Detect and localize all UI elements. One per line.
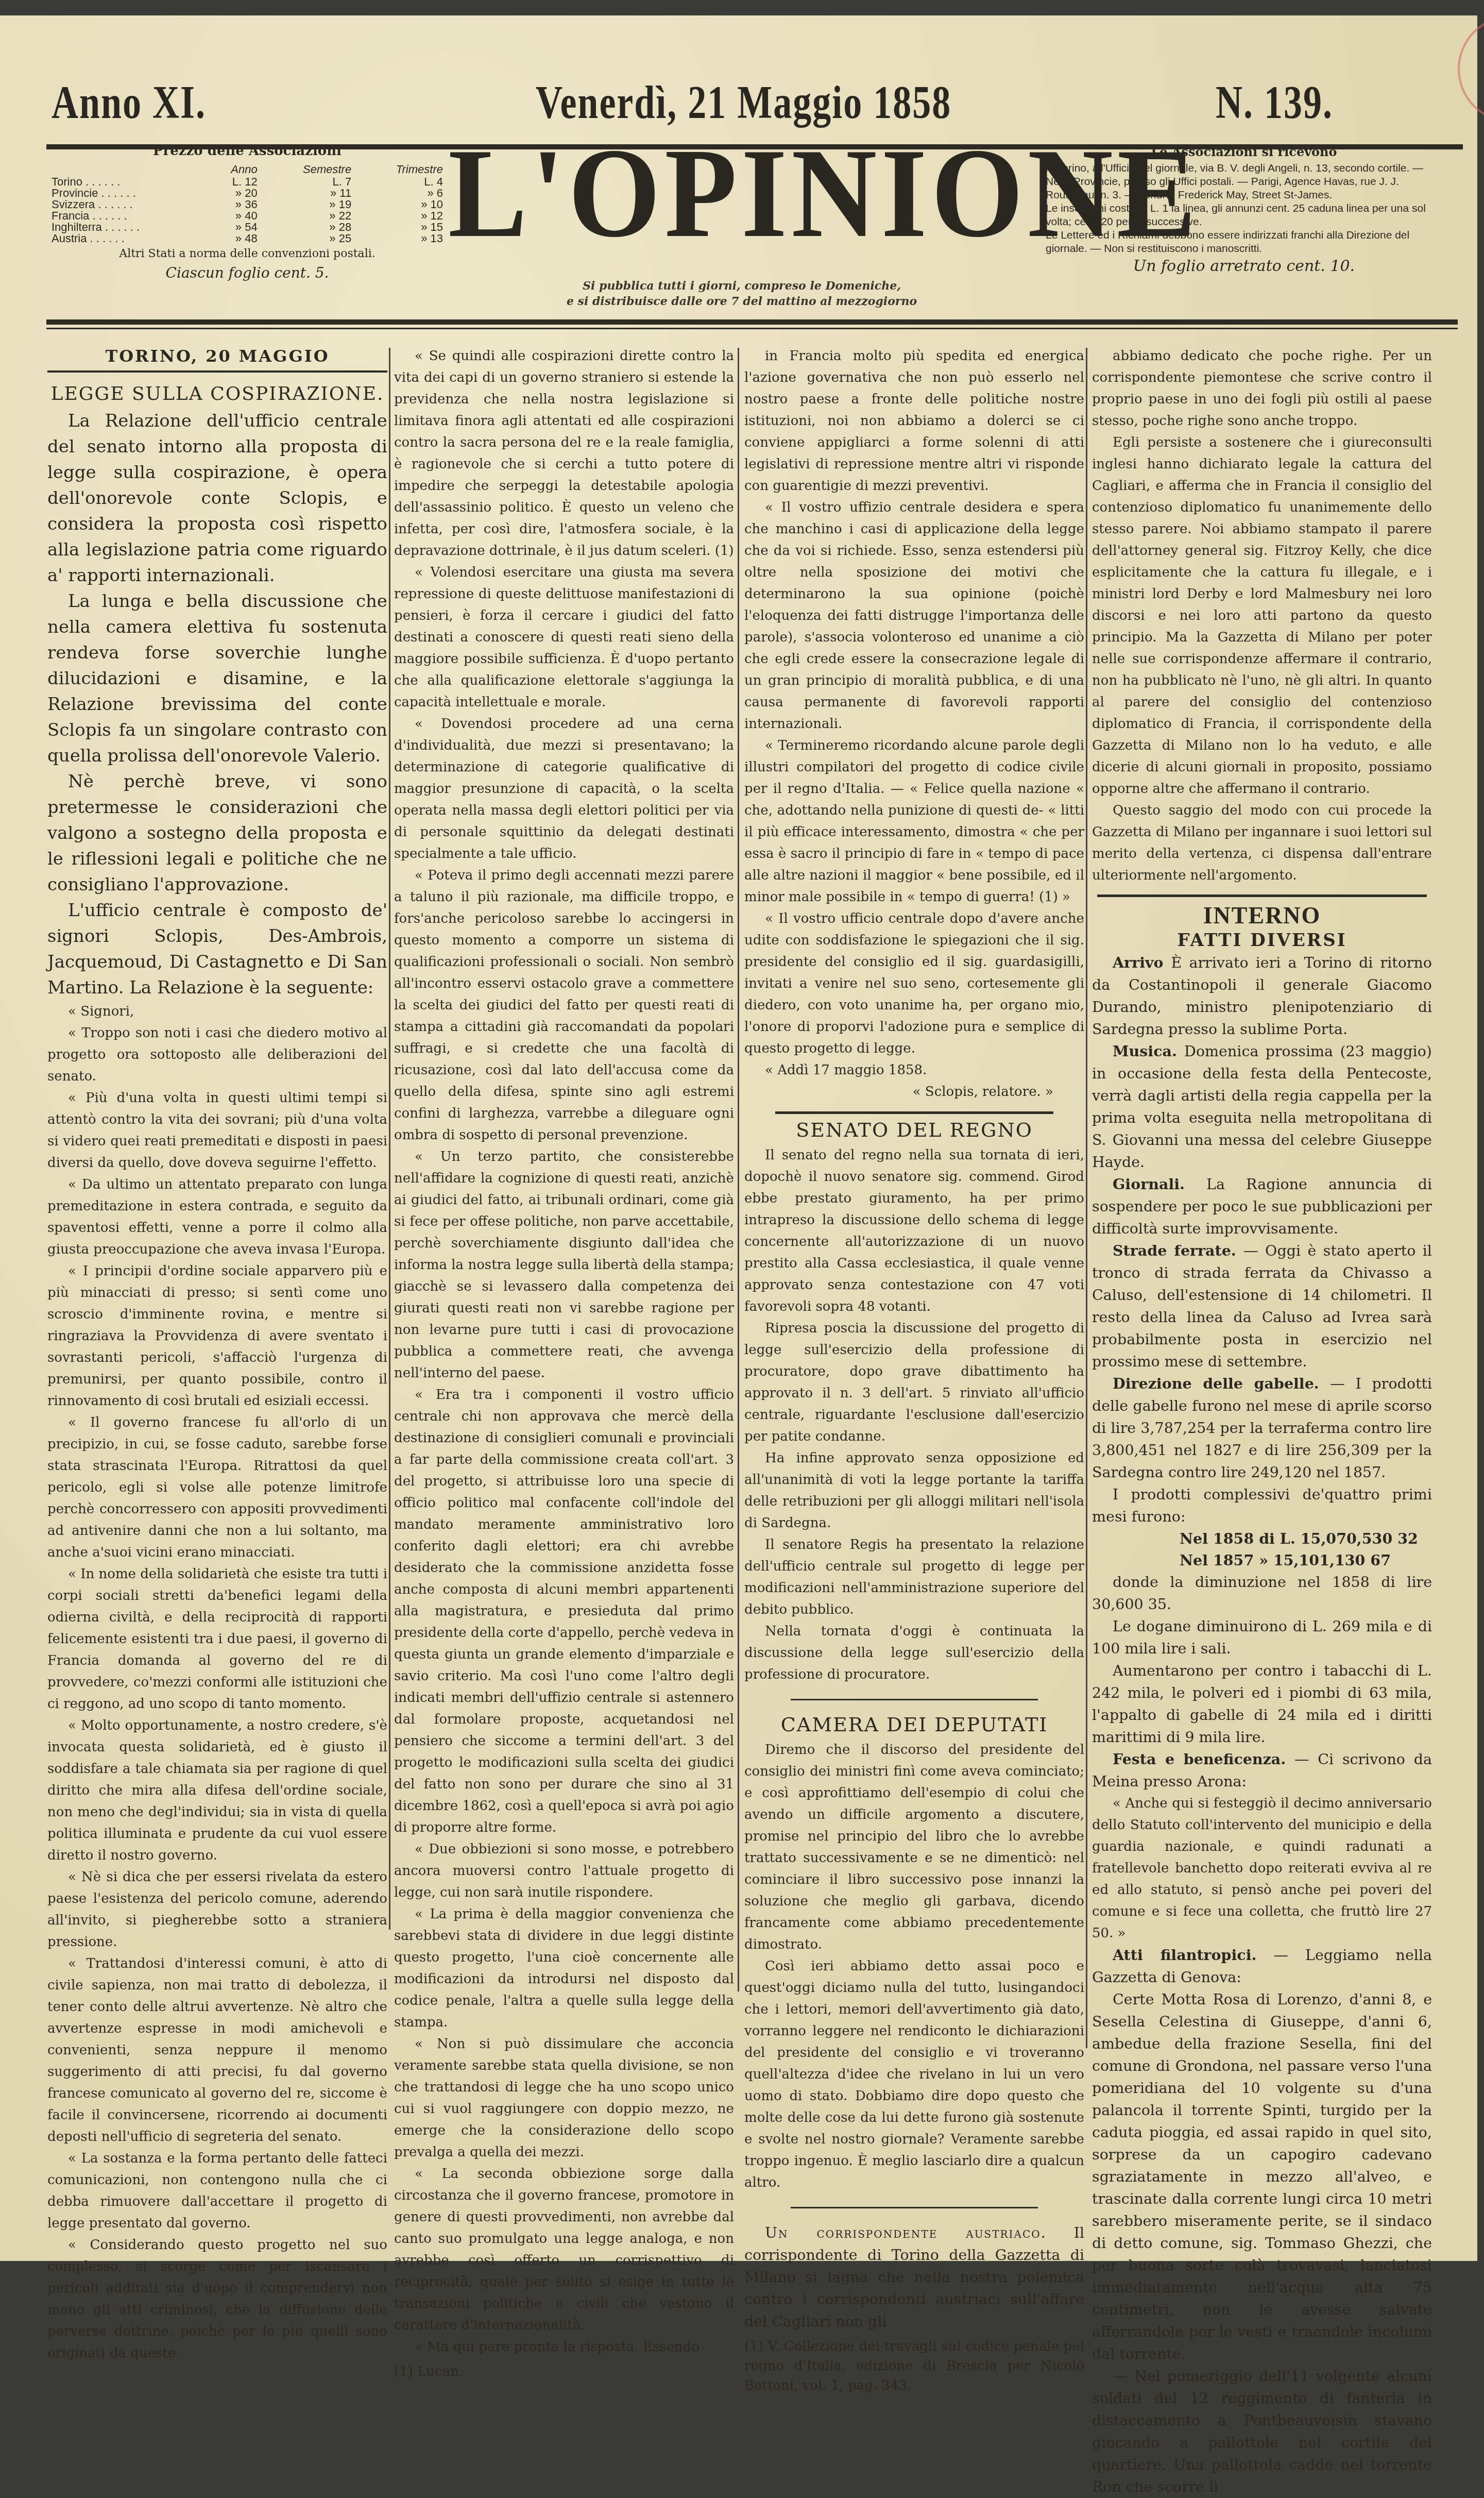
news-items: Arrivo È arrivato ieri a Torino di ritor… bbox=[1092, 952, 1432, 1483]
paragraph: « Addì 17 maggio 1858. bbox=[744, 1059, 1084, 1081]
report-text: « Signori,« Troppo son noti i casi che d… bbox=[47, 1001, 387, 2276]
paragraph: « Poteva il primo degli accennati mezzi … bbox=[394, 865, 734, 1146]
report-text-end: in Francia molto più spedita ed energica… bbox=[744, 345, 1084, 1081]
price-row: Torino . . . . . .L. 12L. 7L. 4 bbox=[46, 176, 448, 188]
paragraph: « Il vostro ufficio centrale dopo d'aver… bbox=[744, 908, 1084, 1059]
senato-article: Il senato del regno nella sua tornata di… bbox=[744, 1144, 1084, 1685]
paragraph: Ha infine approvato senza opposizione ed… bbox=[744, 1447, 1084, 1534]
news-item: Direzione delle gabelle. — I prodotti de… bbox=[1092, 1373, 1432, 1483]
paragraph: Le dogane diminuirono di L. 269 mila e d… bbox=[1092, 1615, 1432, 1660]
section-heading-camera: CAMERA DEI DEPUTATI bbox=[744, 1714, 1084, 1736]
paragraph: « Un terzo partito, che consisterebbe ne… bbox=[394, 1146, 734, 1384]
gabelle-details: donde la diminuzione nel 1858 di lire 30… bbox=[1092, 1571, 1432, 1748]
paragraph: « Molto opportunamente, a nostro credere… bbox=[47, 1715, 387, 1866]
masthead-rule-bottom bbox=[46, 319, 1458, 325]
single-copy-price: Ciascun foglio cent. 5. bbox=[46, 264, 448, 281]
report-text-continued: « Se quindi alle cospirazioni dirette co… bbox=[394, 345, 734, 2276]
column-1: TORINO, 20 MAGGIO LEGGE SULLA COSPIRAZIO… bbox=[47, 345, 387, 2276]
publication-schedule: Si pubblica tutti i giorni, compreso le … bbox=[448, 278, 1035, 309]
separator bbox=[791, 2207, 1038, 2208]
paragraph: La Relazione dell'ufficio centrale del s… bbox=[47, 408, 387, 588]
paragraph: « In nome della solidarietà che esiste t… bbox=[47, 1563, 387, 1715]
correspondent-article: Un corrispondente austriaco. Il corrispo… bbox=[744, 2222, 1084, 2276]
price-row: Svizzera . . . . . .» 36» 19» 10 bbox=[46, 199, 448, 210]
paragraph: « Troppo son noti i casi che diedero mot… bbox=[47, 1022, 387, 1087]
paragraph: « Due obbiezioni si sono mosse, e potreb… bbox=[394, 1838, 734, 1903]
paragraph: « Dovendosi procedere ad una cerna d'ind… bbox=[394, 713, 734, 865]
paragraph: « La sostanza e la forma pertanto delle … bbox=[47, 2148, 387, 2234]
news-item: Atti filantropici. — Leggiamo nella Gazz… bbox=[1092, 1944, 1432, 1988]
paragraph: abbiamo dedicato che poche righe. Per un… bbox=[1092, 345, 1432, 432]
paragraph: Diremo che il discorso del presidente de… bbox=[744, 1739, 1084, 1955]
figure-row: Nel 1857 » 15,101,130 67 bbox=[1180, 1549, 1432, 1571]
separator bbox=[791, 1699, 1038, 1700]
column-4: abbiamo dedicato che poche righe. Per un… bbox=[1092, 345, 1432, 2276]
volume-label: Anno XI. bbox=[52, 76, 206, 130]
section-heading-senato: SENATO DEL REGNO bbox=[744, 1119, 1084, 1141]
paragraph: Nè perchè breve, vi sono pretermesse le … bbox=[47, 769, 387, 898]
paragraph: « La prima è della maggior convenienza c… bbox=[394, 1903, 734, 2033]
column-divider bbox=[389, 348, 390, 1930]
paragraph: « Termineremo ricordando alcune parole d… bbox=[744, 735, 1084, 908]
column-2: « Se quindi alle cospirazioni dirette co… bbox=[394, 345, 734, 2276]
camera-article: Diremo che il discorso del presidente de… bbox=[744, 1739, 1084, 2193]
gabelle-intro: I prodotti complessivi de'quattro primi … bbox=[1092, 1483, 1432, 1528]
article-intro: La Relazione dell'ufficio centrale del s… bbox=[47, 408, 387, 1001]
issue-number: N. 139. bbox=[1216, 76, 1333, 130]
news-item: Musica. Domenica prossima (23 maggio) in… bbox=[1092, 1040, 1432, 1173]
column-divider bbox=[1086, 348, 1087, 2048]
article-headline: LEGGE SULLA COSPIRAZIONE. bbox=[47, 383, 387, 405]
paragraph: « Trattandosi d'interessi comuni, è atto… bbox=[47, 1953, 387, 2148]
paragraph: L'ufficio centrale è composto de' signor… bbox=[47, 898, 387, 1001]
price-row: Provincie . . . . . .» 20» 11» 6 bbox=[46, 188, 448, 199]
subscription-info: Le Associazioni si ricevono in Torino, a… bbox=[1046, 145, 1442, 273]
paragraph: Nella tornata d'oggi è continuata la dis… bbox=[744, 1621, 1084, 1685]
price-row: Austria . . . . . .» 48» 25» 13 bbox=[46, 233, 448, 244]
paragraph: « Volendosi esercitare una giusta ma sev… bbox=[394, 562, 734, 713]
section-heading-interno: INTERNO bbox=[1092, 904, 1432, 926]
postal-stamp-icon bbox=[1458, 15, 1484, 123]
paragraph: Questo saggio del modo con cui procede l… bbox=[1092, 800, 1432, 886]
paragraph: « Nè si dica che per essersi rivelata da… bbox=[47, 1866, 387, 1953]
paragraph: in Francia molto più spedita ed energica… bbox=[744, 345, 1084, 497]
paragraph: « Non si può dissimulare che acconcia ve… bbox=[394, 2033, 734, 2163]
back-issue-price: Un foglio arretrato cent. 10. bbox=[1046, 260, 1442, 273]
price-table: Anno Semestre Trimestre Torino . . . . .… bbox=[46, 163, 448, 244]
column-divider bbox=[738, 348, 739, 1991]
news-item: Festa e beneficenza. — Ci scrivono da Me… bbox=[1092, 1748, 1432, 1793]
separator bbox=[775, 1111, 1053, 1114]
news-item: Giornali. La Ragione annuncia di sospend… bbox=[1092, 1173, 1432, 1240]
figure-row: Nel 1858 di L. 15,070,530 32 bbox=[1180, 1528, 1432, 1549]
news-text: Certe Motta Rosa di Lorenzo, d'anni 8, e… bbox=[1092, 1988, 1432, 2276]
paragraph: Il senato del regno nella sua tornata di… bbox=[744, 1144, 1084, 1318]
paragraph: Ripresa poscia la discussione del proget… bbox=[744, 1318, 1084, 1447]
masthead-rule-thin bbox=[46, 328, 1458, 329]
paragraph: « Il vostro uffizio centrale desidera e … bbox=[744, 497, 1084, 735]
price-row: Inghilterra . . . . . .» 54» 28» 15 bbox=[46, 222, 448, 233]
gabelle-figures: Nel 1858 di L. 15,070,530 32Nel 1857 » 1… bbox=[1092, 1528, 1432, 1571]
paragraph: La lunga e bella discussione che nella c… bbox=[47, 588, 387, 769]
price-row: Francia . . . . . .» 40» 22» 12 bbox=[46, 210, 448, 222]
news-quote: « Anche qui si festeggiò il decimo anniv… bbox=[1092, 1793, 1432, 1944]
newspaper-logo: L'OPINIONE bbox=[448, 143, 1035, 243]
separator bbox=[1097, 894, 1427, 897]
column-3: in Francia molto più spedita ed energica… bbox=[744, 345, 1084, 2276]
subscription-prices: Prezzo delle Associazioni Anno Semestre … bbox=[46, 143, 448, 281]
dateline: TORINO, 20 MAGGIO bbox=[47, 345, 387, 373]
paragraph: Aumentarono per contro i tabacchi di L. … bbox=[1092, 1660, 1432, 1748]
paragraph: « La seconda obbiezione sorge dalla circ… bbox=[394, 2163, 734, 2276]
newspaper-page: Anno XI. Venerdì, 21 Maggio 1858 N. 139.… bbox=[0, 15, 1477, 2261]
subsection-heading: FATTI DIVERSI bbox=[1092, 930, 1432, 952]
paragraph: « Era tra i componenti il vostro ufficio… bbox=[394, 1384, 734, 1838]
paragraph: Il senatore Regis ha presentato la relaz… bbox=[744, 1534, 1084, 1621]
paragraph: « Se quindi alle cospirazioni dirette co… bbox=[394, 345, 734, 562]
news-item: Arrivo È arrivato ieri a Torino di ritor… bbox=[1092, 952, 1432, 1040]
paragraph: « Il governo francese fu all'orlo di un … bbox=[47, 1412, 387, 1563]
paragraph: « Più d'una volta in questi ultimi tempi… bbox=[47, 1087, 387, 1174]
paragraph: « Considerando questo progetto nel suo c… bbox=[47, 2234, 387, 2276]
paragraph: donde la diminuzione nel 1858 di lire 30… bbox=[1092, 1571, 1432, 1615]
paragraph: Così ieri abbiamo detto assai poco e que… bbox=[744, 1955, 1084, 2193]
correspondent-article-continued: abbiamo dedicato che poche righe. Per un… bbox=[1092, 345, 1432, 886]
signature: « Sclopis, relatore. » bbox=[744, 1081, 1053, 1103]
paragraph: « Da ultimo un attentato preparato con l… bbox=[47, 1174, 387, 1260]
paragraph: « I principii d'ordine sociale apparvero… bbox=[47, 1260, 387, 1412]
paragraph: Egli persiste a sostenere che i giurecon… bbox=[1092, 432, 1432, 800]
paragraph: « Signori, bbox=[47, 1001, 387, 1022]
news-item: Strade ferrate. — Oggi è stato aperto il… bbox=[1092, 1240, 1432, 1373]
